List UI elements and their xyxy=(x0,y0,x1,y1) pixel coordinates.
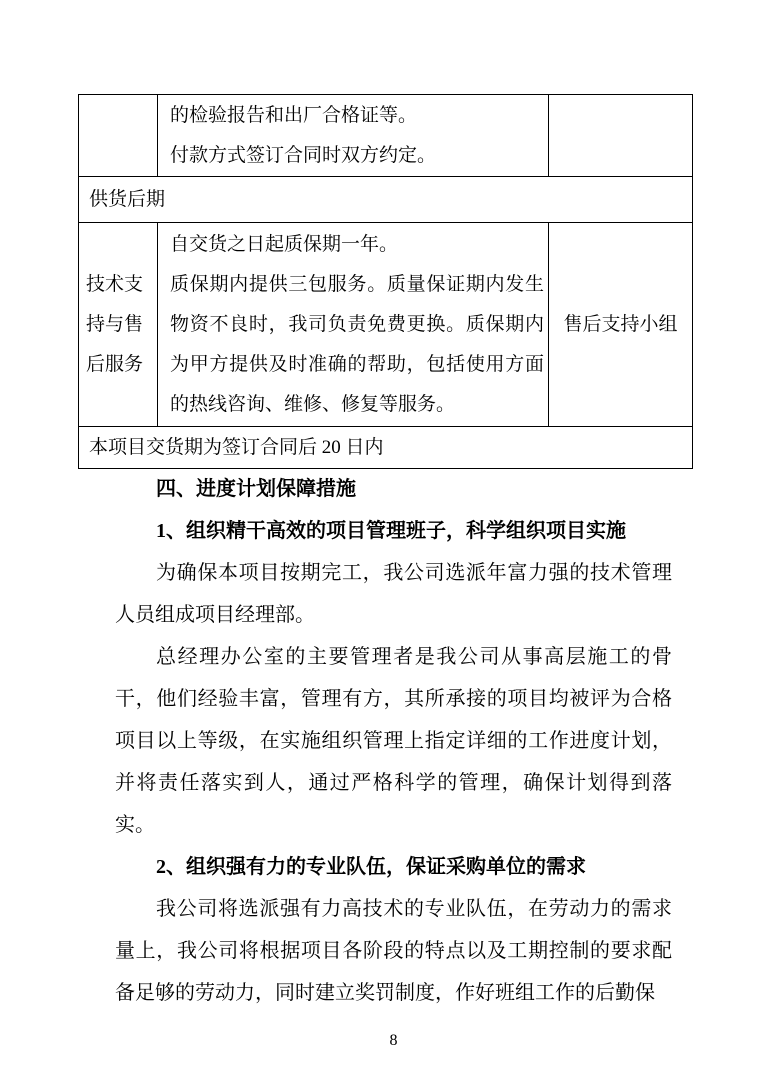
body-text-section: 四、进度计划保障措施 1、组织精干高效的项目管理班子，科学组织项目实施 为确保本… xyxy=(115,468,672,1014)
table-row-phase-header: 供货后期 xyxy=(79,177,693,223)
table-row-tech-support: 技术支持与售后服务 自交货之日起质保期一年。 质保期内提供三包服务。质量保证期内… xyxy=(79,223,693,427)
cell-description: 自交货之日起质保期一年。 质保期内提供三包服务。质量保证期内发生物资不良时，我司… xyxy=(158,223,549,427)
cell-delivery-note: 本项目交货期为签订合同后 20 日内 xyxy=(79,427,693,469)
cell-paragraph: 质保期内提供三包服务。质量保证期内发生物资不良时，我司负责免费更换。质保期内为甲… xyxy=(170,265,544,425)
item2-heading: 2、组织强有力的专业队伍，保证采购单位的需求 xyxy=(115,846,672,888)
cell-paragraph: 的检验报告和出厂合格证等。 xyxy=(170,96,544,136)
page-footer: 8 xyxy=(115,1031,672,1051)
item1-heading: 1、组织精干高效的项目管理班子，科学组织项目实施 xyxy=(115,510,672,552)
cell-label-tech-support: 技术支持与售后服务 xyxy=(79,223,158,427)
document-page: 的检验报告和出厂合格证等。 付款方式签订合同时双方约定。 供货后期 技术支持与售… xyxy=(0,0,761,1077)
cell-label-empty xyxy=(79,95,158,177)
item2-paragraph-1: 我公司将选派强有力高技术的专业队伍，在劳动力的需求量上，我公司将根据项目各阶段的… xyxy=(115,888,672,1014)
supply-service-table: 的检验报告和出厂合格证等。 付款方式签订合同时双方约定。 供货后期 技术支持与售… xyxy=(78,94,693,469)
section-heading: 四、进度计划保障措施 xyxy=(115,468,672,510)
cell-description: 的检验报告和出厂合格证等。 付款方式签订合同时双方约定。 xyxy=(158,95,549,177)
cell-responsible-empty xyxy=(549,95,693,177)
table-row-continuation: 的检验报告和出厂合格证等。 付款方式签订合同时双方约定。 xyxy=(79,95,693,177)
cell-phase-label: 供货后期 xyxy=(79,177,693,223)
item1-paragraph-2: 总经理办公室的主要管理者是我公司从事高层施工的骨干，他们经验丰富，管理有方，其所… xyxy=(115,636,672,846)
page-number: 8 xyxy=(390,1032,398,1049)
cell-responsible-team: 售后支持小组 xyxy=(549,223,693,427)
table-row-delivery-note: 本项目交货期为签订合同后 20 日内 xyxy=(79,427,693,469)
cell-paragraph: 自交货之日起质保期一年。 xyxy=(170,225,544,265)
item1-paragraph-1: 为确保本项目按期完工，我公司选派年富力强的技术管理人员组成项目经理部。 xyxy=(115,552,672,636)
cell-paragraph: 付款方式签订合同时双方约定。 xyxy=(170,136,544,176)
